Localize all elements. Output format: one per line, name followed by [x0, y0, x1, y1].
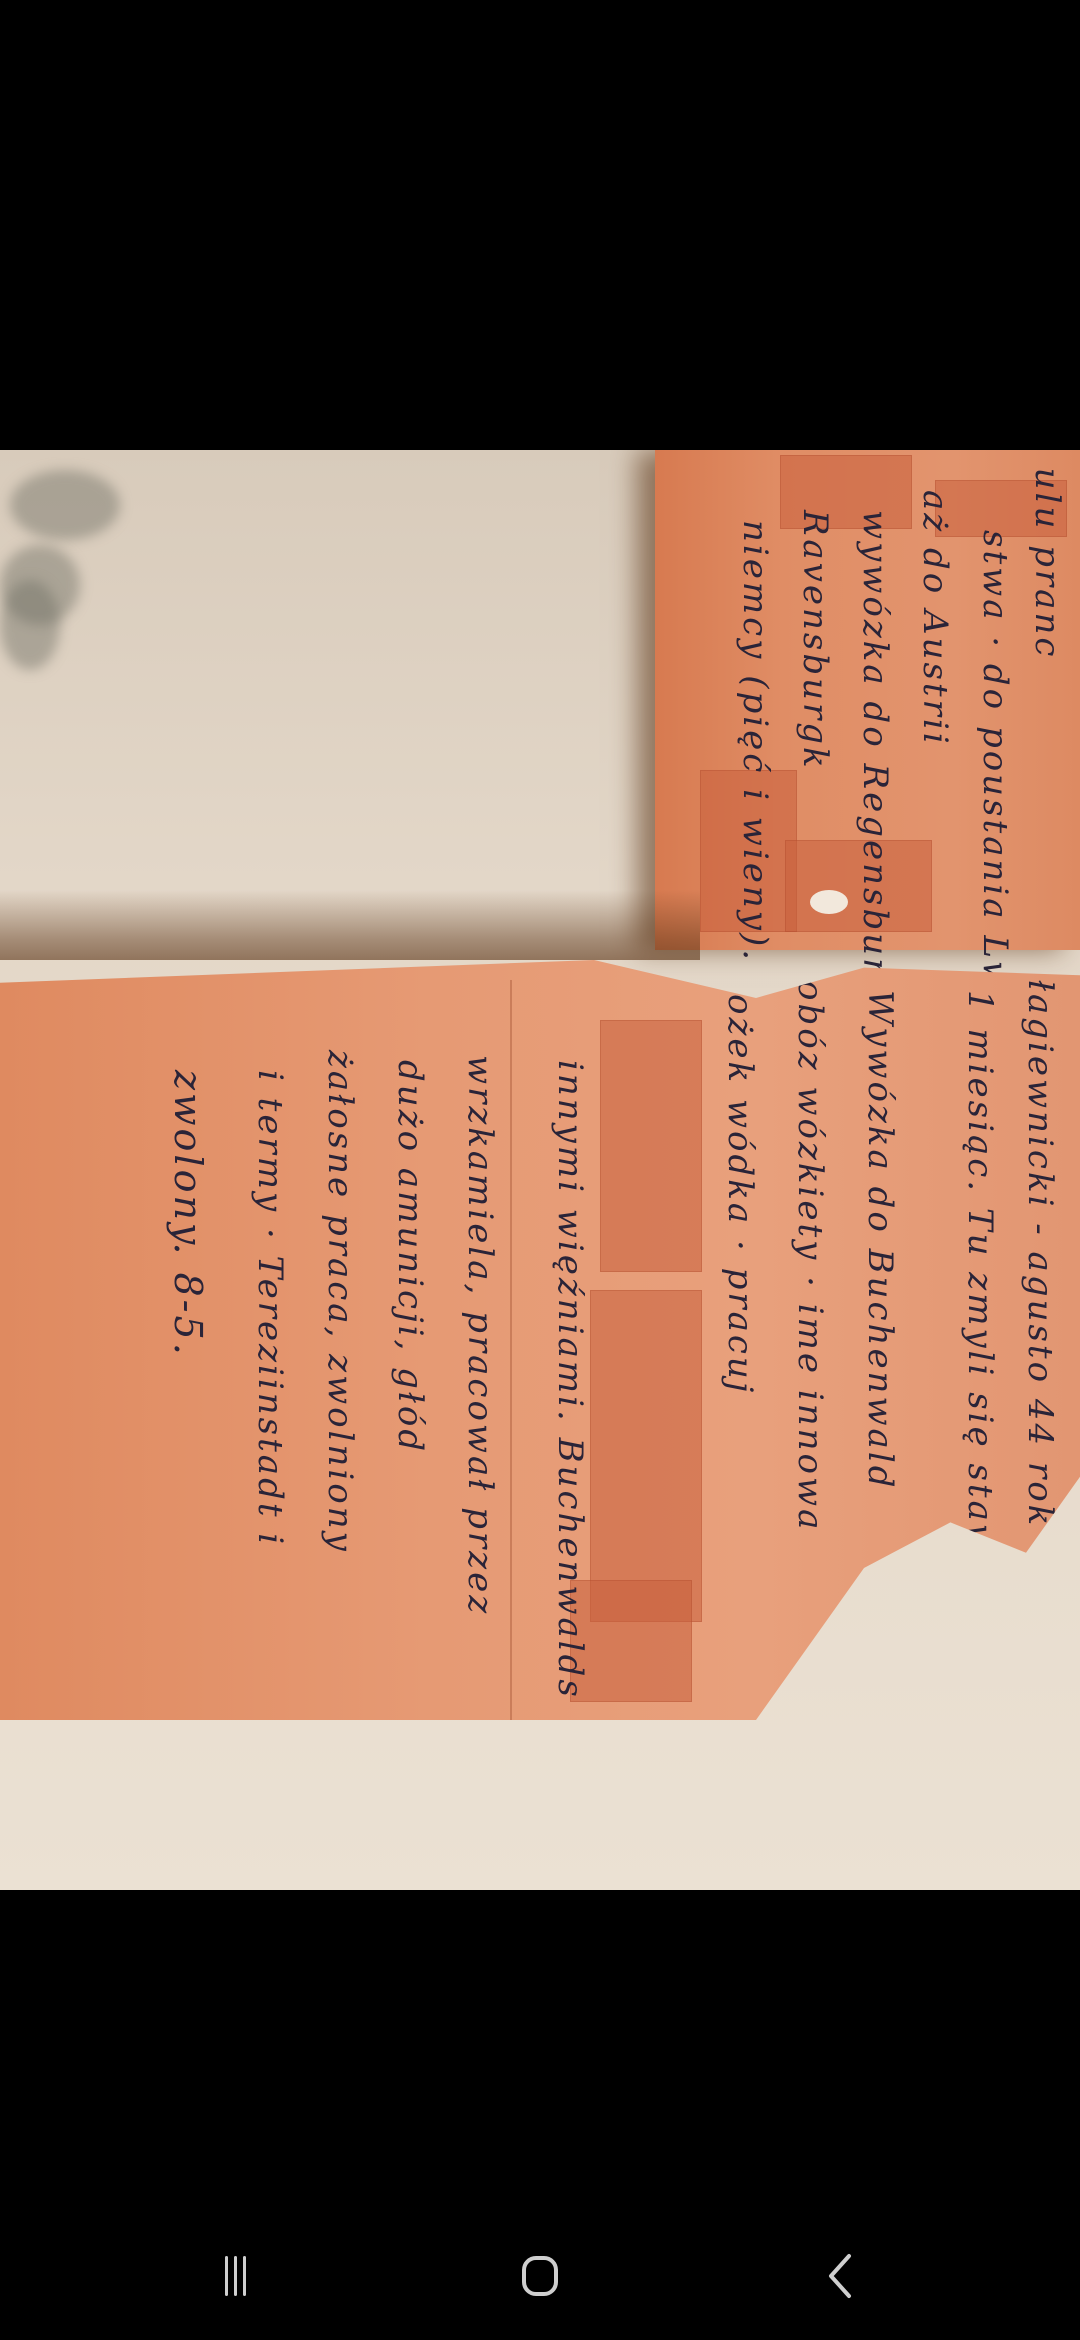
letter-fragment-top: i ulu pranc stwa · do poustania Lwarszaw…	[655, 450, 1080, 950]
handwriting-line: i termy · Tereziinstadt i	[250, 1070, 290, 1547]
handwriting-line: i ulu pranc	[1027, 450, 1067, 659]
tape-patch	[600, 1020, 702, 1272]
navigation-bar	[0, 2200, 1080, 2340]
handwriting-line: dużo amunicji, głód	[390, 1060, 430, 1454]
recent-apps-icon	[225, 2256, 246, 2296]
recent-apps-button[interactable]	[195, 2246, 275, 2306]
handwriting-line: żałosne praca, zwolniony	[320, 1050, 360, 1554]
fabric-pattern	[0, 580, 60, 670]
letter-fragment-bottom: łagiewnicki - agusto 44 rok 1 miesiąc. T…	[0, 960, 1080, 1720]
handwriting-line: aż do Austrii	[915, 490, 955, 747]
handwriting-line: 1 miesiąc. Tu zmyli się stawiał	[960, 990, 1000, 1607]
handwriting-line: łagiewnicki - agusto 44 rok	[1020, 980, 1060, 1528]
handwriting-line: innymi więźniami. Buchenwalds	[550, 1060, 590, 1700]
handwriting-line: niemcy (pięć i wieny).	[735, 520, 775, 963]
home-icon	[522, 2256, 558, 2296]
photo-viewer: i ulu pranc stwa · do poustania Lwarszaw…	[0, 0, 1080, 2340]
handwriting-line: obóz wózkiety · ime innowa	[790, 980, 830, 1532]
paper-fold	[510, 980, 512, 1720]
paper-hole	[810, 890, 848, 914]
fabric-pattern	[10, 470, 120, 540]
tape-patch	[590, 1290, 702, 1622]
handwriting-line: Ravensburgk	[795, 510, 835, 771]
back-icon	[825, 2253, 855, 2299]
letter-photo[interactable]: i ulu pranc stwa · do poustania Lwarszaw…	[0, 450, 1080, 1890]
paper-shadow	[0, 890, 700, 960]
handwriting-line: Wywózka do Buchenwald	[860, 990, 900, 1490]
handwriting-line: łożek wódka · pracuj	[720, 980, 760, 1395]
home-button[interactable]	[500, 2246, 580, 2306]
back-button[interactable]	[800, 2246, 880, 2306]
handwriting-line: zwolony. 8-5.	[166, 1070, 210, 1358]
handwriting-line: wrzkamiela, pracował przez	[460, 1055, 500, 1616]
